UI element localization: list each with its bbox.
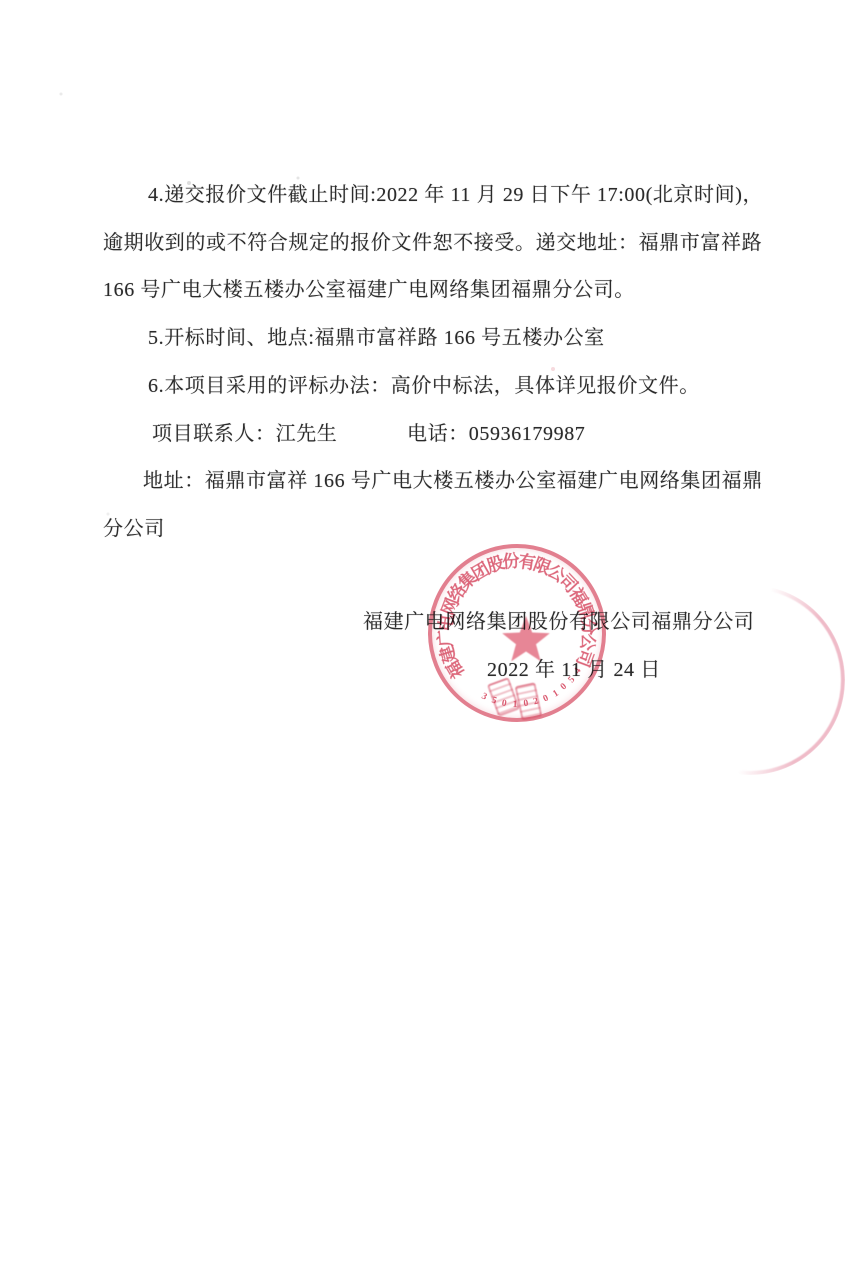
partial-stamp [655,585,845,775]
address-line-2: 分公司 [103,517,165,541]
address-line-1: 地址：福鼎市富祥 166 号广电大楼五楼办公室福建广电网络集团福鼎 [143,469,763,493]
contact-person: 项目联系人：江先生 [152,422,337,446]
body-line-4: 5.开标时间、地点:福鼎市富祥路 166 号五楼办公室 [148,326,605,350]
body-line-5: 6.本项目采用的评标办法：高价中标法，具体详见报价文件。 [148,374,700,398]
scanned-document-page: 4.递交报价文件截止时间:2022 年 11 月 29 日下午 17:00(北京… [0,0,850,1276]
body-line-1: 4.递交报价文件截止时间:2022 年 11 月 29 日下午 17:00(北京… [148,183,763,207]
contact-phone: 电话：05936179987 [407,422,585,446]
body-line-3: 166 号广电大楼五楼办公室福建广电网络集团福鼎分公司。 [103,278,635,302]
scan-noise [0,0,2,2]
body-line-2: 逾期收到的或不符合规定的报价文件恕不接受。递交地址：福鼎市富祥路 [103,231,762,255]
signature-date: 2022 年 11 月 24 日 [487,658,661,682]
